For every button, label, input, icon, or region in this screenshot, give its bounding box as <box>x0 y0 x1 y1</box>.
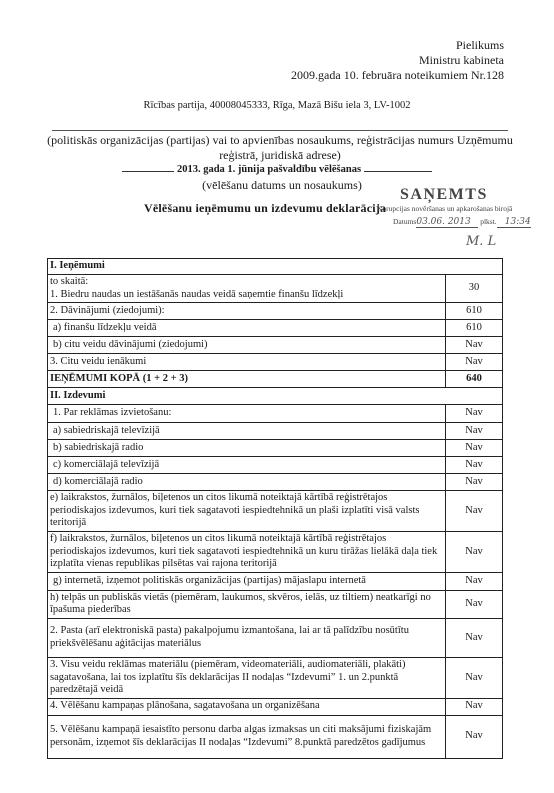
row-label: f) laikrakstos, žurnālos, biļetenos un c… <box>48 531 446 572</box>
stamp-number-value: 13:34 <box>497 217 531 228</box>
row-label: e) laikrakstos, žurnālos, biļetenos un c… <box>48 491 446 532</box>
row-value: Nav <box>446 457 503 474</box>
table-row: g) internetā, izņemot politiskās organiz… <box>48 572 503 590</box>
table-row: d) komerciālajā radioNav <box>48 474 503 491</box>
table-row: a) sabiedriskajā televīzijāNav <box>48 423 503 440</box>
row-value: Nav <box>446 572 503 590</box>
row-label: 3. Visu veidu reklāmas materiālu (piemēr… <box>48 657 446 698</box>
annex-line: 2009.gada 10. februāra noteikumiem Nr.12… <box>291 68 504 83</box>
row-value: Nav <box>446 590 503 618</box>
table-row: 2. Pasta (arī elektroniskā pasta) pakalp… <box>48 618 503 657</box>
row-label: to skaitā: 1. Biedru naudas un iestāšanā… <box>48 275 446 303</box>
row-value: Nav <box>446 474 503 491</box>
blank-line <box>364 170 432 172</box>
table-row: 2. Dāvinājumi (ziedojumi):610 <box>48 303 503 320</box>
declaration-title: Vēlēšanu ieņēmumu un izdevumu deklarācij… <box>144 201 386 216</box>
declaration-table: I. Ieņēmumito skaitā: 1. Biedru naudas u… <box>47 258 503 759</box>
row-label: h) telpās un publiskās vietās (piemēram,… <box>48 590 446 618</box>
table-row: 3. Visu veidu reklāmas materiālu (piemēr… <box>48 657 503 698</box>
election-name: 2013. gada 1. jūnija pašvaldību vēlēšana… <box>177 164 361 175</box>
table-row: c) komerciālajā televīzijāNav <box>48 457 503 474</box>
row-value: Nav <box>446 715 503 758</box>
row-label: b) citu veidu dāvinājumi (ziedojumi) <box>48 337 446 354</box>
stamp-date-row: Datums03.06. 2013 plkst.13:34 <box>393 217 531 228</box>
row-value: Nav <box>446 657 503 698</box>
section-heading: II. Izdevumi <box>48 388 503 405</box>
row-value: Nav <box>446 618 503 657</box>
row-value: 30 <box>446 275 503 303</box>
row-label: 2. Dāvinājumi (ziedojumi): <box>48 303 446 320</box>
row-value: Nav <box>446 491 503 532</box>
stamp-date-value: 03.06. 2013 <box>416 217 478 228</box>
table-row: 3. Citu veidu ienākumiNav <box>48 354 503 371</box>
row-label: a) finanšu līdzekļu veidā <box>48 320 446 337</box>
table-row: a) finanšu līdzekļu veidā610 <box>48 320 503 337</box>
row-label: b) sabiedriskajā radio <box>48 440 446 457</box>
table-total-row: IEŅĒMUMI KOPĀ (1 + 2 + 3)640 <box>48 371 503 388</box>
row-label: d) komerciālajā radio <box>48 474 446 491</box>
table-row: f) laikrakstos, žurnālos, biļetenos un c… <box>48 531 503 572</box>
table-row: e) laikrakstos, žurnālos, biļetenos un c… <box>48 491 503 532</box>
row-label: 3. Citu veidu ienākumi <box>48 354 446 371</box>
stamp-signature: M. L <box>466 234 496 249</box>
row-value: Nav <box>446 440 503 457</box>
table-row: 1. Par reklāmas izvietošanu:Nav <box>48 405 503 423</box>
row-value: 610 <box>446 320 503 337</box>
table-row: b) citu veidu dāvinājumi (ziedojumi)Nav <box>48 337 503 354</box>
table-section-row: I. Ieņēmumi <box>48 259 503 275</box>
blank-line <box>122 170 174 172</box>
row-value: 640 <box>446 371 503 388</box>
row-value: 610 <box>446 303 503 320</box>
stamp-date-label: Datums <box>393 217 416 226</box>
row-label: c) komerciālajā televīzijā <box>48 457 446 474</box>
row-label: 2. Pasta (arī elektroniskā pasta) pakalp… <box>48 618 446 657</box>
row-label: a) sabiedriskajā televīzijā <box>48 423 446 440</box>
row-label: 5. Vēlēšanu kampaņā iesaistīto personu d… <box>48 715 446 758</box>
annex-line: Ministru kabineta <box>291 53 504 68</box>
table-row: b) sabiedriskajā radioNav <box>48 440 503 457</box>
row-label: 1. Par reklāmas izvietošanu: <box>48 405 446 423</box>
row-value: Nav <box>446 531 503 572</box>
row-value: Nav <box>446 354 503 371</box>
table-row: to skaitā: 1. Biedru naudas un iestāšanā… <box>48 275 503 303</box>
table-row: 4. Vēlēšanu kampaņas plānošana, sagatavo… <box>48 698 503 715</box>
annex-line: Pielikums <box>291 38 504 53</box>
table-row: h) telpās un publiskās vietās (piemēram,… <box>48 590 503 618</box>
party-caption: (politiskās organizācijas (partijas) vai… <box>40 133 520 163</box>
annex-reference: Pielikums Ministru kabineta 2009.gada 10… <box>291 38 504 83</box>
stamp-office: Korupcijas novēršanas un apkarošanas bir… <box>377 204 512 213</box>
divider-line <box>52 130 508 131</box>
row-value: Nav <box>446 698 503 715</box>
section-heading: I. Ieņēmumi <box>48 259 503 275</box>
election-line: 2013. gada 1. jūnija pašvaldību vēlēšana… <box>0 164 554 175</box>
row-label: IEŅĒMUMI KOPĀ (1 + 2 + 3) <box>48 371 446 388</box>
stamp-title: SAŅEMTS <box>400 186 488 204</box>
row-value: Nav <box>446 423 503 440</box>
stamp-number-label: plkst. <box>480 217 496 226</box>
table-row: 5. Vēlēšanu kampaņā iesaistīto personu d… <box>48 715 503 758</box>
table-section-row: II. Izdevumi <box>48 388 503 405</box>
row-label: 4. Vēlēšanu kampaņas plānošana, sagatavo… <box>48 698 446 715</box>
row-value: Nav <box>446 405 503 423</box>
party-info: Rīcības partija, 40008045333, Rīga, Mazā… <box>0 100 554 111</box>
row-label: g) internetā, izņemot politiskās organiz… <box>48 572 446 590</box>
row-value: Nav <box>446 337 503 354</box>
